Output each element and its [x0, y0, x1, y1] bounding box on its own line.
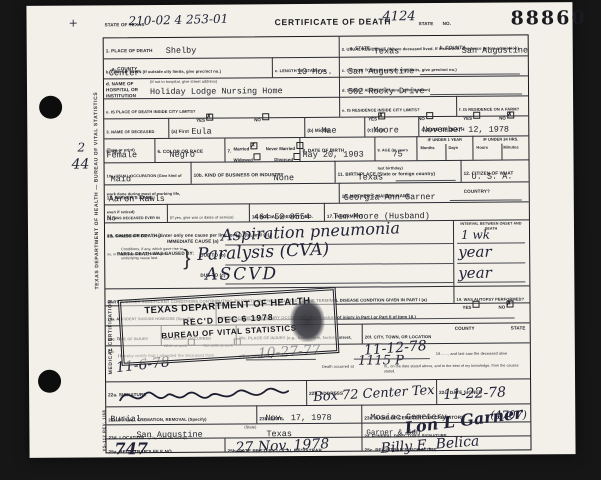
injury-state-label: STATE [511, 325, 526, 331]
institution-label: d. NAME OF HOSPITAL OR INSTITUTION [106, 81, 148, 99]
race-cell: 6. COLOR OR RACE Negro [154, 138, 224, 162]
certify-text-3: Death occurred at [322, 365, 354, 370]
months-label: Months [420, 145, 434, 150]
funeral-director-number: (4707) [490, 409, 527, 420]
residence-farm-cell: f. IS RESIDENCE ON A FARM? YES NO [456, 95, 528, 116]
name-of-deceased-cell: 3. NAME OF DECEASED (Type or print) [104, 118, 168, 138]
margin-plus-mark: + [69, 18, 78, 29]
file-code-handwritten: 210-02 4 253-01 [128, 13, 228, 27]
interval-b-handwriting: year [458, 245, 492, 260]
item-21-number: 21. [108, 348, 115, 354]
date-signed-handwriting: 11-22-78 [443, 385, 506, 402]
length-of-stay-cell: c. LENGTH OF STAY in 1b 10 Mos. [272, 57, 339, 77]
margin-handwritten-2: 2 [77, 142, 85, 154]
death-city-limits-label: e. IS PLACE OF DEATH INSIDE CITY LIMITS? [106, 109, 195, 115]
mother-name-value: Georgia Ann Garner [344, 193, 436, 202]
burial-value: Burial [110, 415, 141, 424]
industry-cell: 10b. KIND OF BUSINESS OR INDUSTRY None [191, 161, 335, 184]
under-24-hrs-label: IF UNDER 24 HRS. [473, 136, 528, 141]
scan-background: TEXAS DEPARTMENT OF HEALTH — BUREAU OF V… [0, 0, 601, 480]
age-cell: 9. AGE (In years last birthday) 75 [374, 136, 416, 160]
margin-agency-text: TEXAS DEPARTMENT OF HEALTH — BUREAU OF V… [93, 85, 100, 295]
interval-c-handwriting: year [458, 266, 492, 281]
interval-a-handwriting: 1 wk [461, 229, 490, 241]
institution-cell: d. NAME OF HOSPITAL OR INSTITUTION (If n… [104, 77, 339, 99]
institution-note: (If not in hospital, give street address… [150, 80, 217, 85]
county-value: Shelby [166, 47, 197, 56]
street-address-cell: d. STREET ADDRESS (If rural, give locati… [339, 75, 528, 96]
injury-county-label: COUNTY [455, 326, 475, 332]
place-of-death-cell: 1. PLACE OF DEATH a. COUNTY Shelby [104, 37, 339, 59]
margin-handwritten-44: 44 [71, 157, 89, 171]
armed-forces-cell: 15. WAS DECEASED EVER IN U.S. ARMED FORC… [105, 204, 167, 222]
death-certificate-page: TEXAS DEPARTMENT OF HEALTH — BUREAU OF V… [26, 2, 575, 458]
informant-cell: 17. INFORMANT Tom Moore (Husband) [324, 201, 529, 220]
physician-address-cell: 22b. ADDRESS Box 72 Center Tex [306, 379, 436, 405]
father-name-cell: 13. FATHER'S NAME Aaron Rawls [105, 183, 339, 205]
residence-county-value: San Augustine [462, 46, 528, 55]
residence-city-limits-cell: e. IS RESIDENCE INSIDE CITY LIMITS? YES … [339, 96, 456, 117]
minutes-label: Minutes [503, 144, 518, 149]
burial-date-value: Nov. 17, 1978 [265, 414, 331, 423]
birthplace-label: 11. BIRTHPLACE (State or foreign country… [338, 171, 436, 177]
punch-hole [39, 96, 62, 119]
last-name-cell: (c) Last Moore [364, 116, 418, 136]
first-name-label: (a) First [171, 129, 189, 134]
cause-of-death-section: 18. CAUSE OF DEATH [Enter only one cause… [105, 219, 529, 288]
autopsy-cell: 19. WAS AUTOPSY PERFORMED? YES NO [453, 285, 529, 303]
citizen-value: U. S. A. [472, 173, 513, 182]
checkbox-married-checked [250, 143, 257, 150]
city-of-death-cell: b. CITY OR TOWN (If outside city limits,… [104, 57, 272, 78]
state-note: (State) [244, 425, 256, 430]
residence-city-cell: c. CITY OR TOWN (If outside city limits,… [339, 55, 528, 76]
address-handwriting: Box 72 Center Tex [313, 384, 435, 404]
physician-signature-cell: 22a. SIGNATURE [106, 380, 306, 406]
cert-no-handwritten: 4124 [382, 10, 415, 23]
middle-name-value: Mae [321, 127, 336, 136]
war-dates-cell: (If yes, give war or dates of service) [167, 203, 249, 222]
usual-residence-cell: 2. USUAL RESIDENCE (Where deceased lived… [339, 35, 528, 56]
if-under-24-hrs-cell: IF UNDER 24 HRS. Hours Minutes [472, 135, 528, 159]
if-under-1-year-cell: IF UNDER 1 YEAR Months Days [416, 136, 472, 160]
sex-value: Female [106, 151, 137, 160]
birthplace-cell: 11. BIRTHPLACE (State or foreign country… [335, 160, 461, 183]
stamp-ink-blob [289, 299, 325, 343]
last-name-value: Moore [373, 126, 399, 135]
industry-value: None [274, 174, 294, 183]
certify-text-4: m., on the date stated above, and to the… [384, 363, 526, 373]
occupation-value: Maid [111, 175, 131, 184]
conditions-note: Conditions, if any, which gave rise to a… [121, 247, 183, 261]
hours-label: Hours [476, 145, 488, 150]
occupation-cell: 10a. USUAL OCCUPATION (Give kind of work… [105, 162, 191, 185]
marital-label: 7. [227, 148, 231, 153]
burial-date-cell: 23b. DATE Nov. 17, 1978 [256, 405, 361, 424]
date-signed-cell: 22c. DATE SIGNED 11-22-78 [436, 378, 530, 404]
first-name-value: Eula [191, 128, 211, 137]
days-label: Days [448, 145, 458, 150]
sex-cell: 5. SEX Female [104, 138, 154, 162]
certificate-title: CERTIFICATE OF DEATH [275, 16, 392, 27]
industry-label: 10b. KIND OF BUSINESS OR INDUSTRY [194, 172, 284, 178]
cause-c-handwriting: ASCVD [205, 266, 278, 284]
registrar-signature-handwriting: Billy E. Belica [380, 434, 480, 456]
date-of-death-value: November 12, 1978 [422, 126, 509, 135]
middle-name-cell: (b) Middle Mae [304, 117, 364, 137]
father-name-value: Aaron Rawls [109, 195, 165, 204]
state-small-label: STATE [419, 21, 434, 27]
age-value: 75 [392, 150, 402, 159]
birthplace-value: Texas [358, 173, 384, 182]
under-1-year-label: IF UNDER 1 YEAR [417, 137, 472, 142]
first-name-cell: (a) First Eula [168, 117, 304, 138]
funeral-director-cell: 24. FUNERAL DIRECTOR'S SIGNATURE Garner … [361, 421, 530, 436]
cause-b-handwriting: Paralysis (CVA) [197, 242, 330, 265]
date-of-birth-cell: 8. DATE OF BIRTH May 20, 1903 [299, 136, 374, 161]
residence-state-value: Texas [374, 47, 400, 56]
no-small-label: NO. [443, 21, 452, 27]
death-city-limits-cell: e. IS PLACE OF DEATH INSIDE CITY LIMITS?… [104, 97, 339, 119]
burial-cell: 23a. BURIAL, CREMATION, REMOVAL (Specify… [106, 405, 256, 424]
registrar-date-handwriting: 27 Nov. 1978 [235, 437, 329, 455]
registrar-date-cell: 25b. DATE REC'D BY LOCAL REGISTRAR 27 No… [224, 437, 361, 452]
citizen-cell: 12. CITIZEN OF WHAT COUNTRY? U. S. A. [461, 159, 529, 181]
certify-text-2: 19……, and last saw the deceased alive [436, 351, 526, 357]
residence-state-label: a. STATE [350, 46, 370, 52]
married-label: Married [233, 146, 249, 151]
date-of-birth-value: May 20, 1903 [302, 151, 363, 160]
length-of-stay-value: 10 Mos. [297, 68, 333, 77]
brace-glyph: } [183, 245, 191, 271]
punch-hole [38, 370, 61, 393]
street-address-value: 502 Rocky Drive [348, 87, 425, 96]
city-of-death-value: Center [109, 69, 140, 78]
date-of-death-cell: 4. DATE OF DEATH November 12, 1978 [418, 115, 528, 136]
registrar-file-cell: 25a. REGISTRAR'S FILE NO. 747 [106, 438, 224, 453]
certificate-number: 88860 [510, 7, 586, 30]
received-stamp: TEXAS DEPARTMENT OF HEALTH REC'D DEC 6 1… [118, 287, 340, 366]
marital-status-cell: 7. Married Never Married Widowed Divorce… [224, 137, 299, 162]
certificate-form: 1. PLACE OF DEATH a. COUNTY Shelby 2. US… [103, 34, 532, 453]
residence-city-value: San Augustine [348, 67, 414, 76]
mother-name-cell: 14. MOTHER'S MAIDEN NAME Georgia Ann Gar… [339, 181, 529, 202]
registrar-signature-cell: 25c. REGISTRAR'S SIGNATURE Billy E. Beli… [361, 435, 530, 450]
ssn-cell: 16. SOCIAL SECURITY NO. 464-52-8554 [249, 203, 324, 222]
checkbox-widowed [254, 154, 261, 161]
physician-signature [114, 383, 294, 406]
place-of-death-label: 1. PLACE OF DEATH [106, 48, 153, 53]
registrar-file-handwriting: 747 [114, 441, 148, 457]
institution-value: Holiday Lodge Nursing Home [150, 87, 283, 96]
war-dates-note: (If yes, give war or dates of service) [170, 215, 234, 219]
race-value: Negro [169, 151, 195, 160]
never-married-label: Never Married [266, 146, 295, 151]
